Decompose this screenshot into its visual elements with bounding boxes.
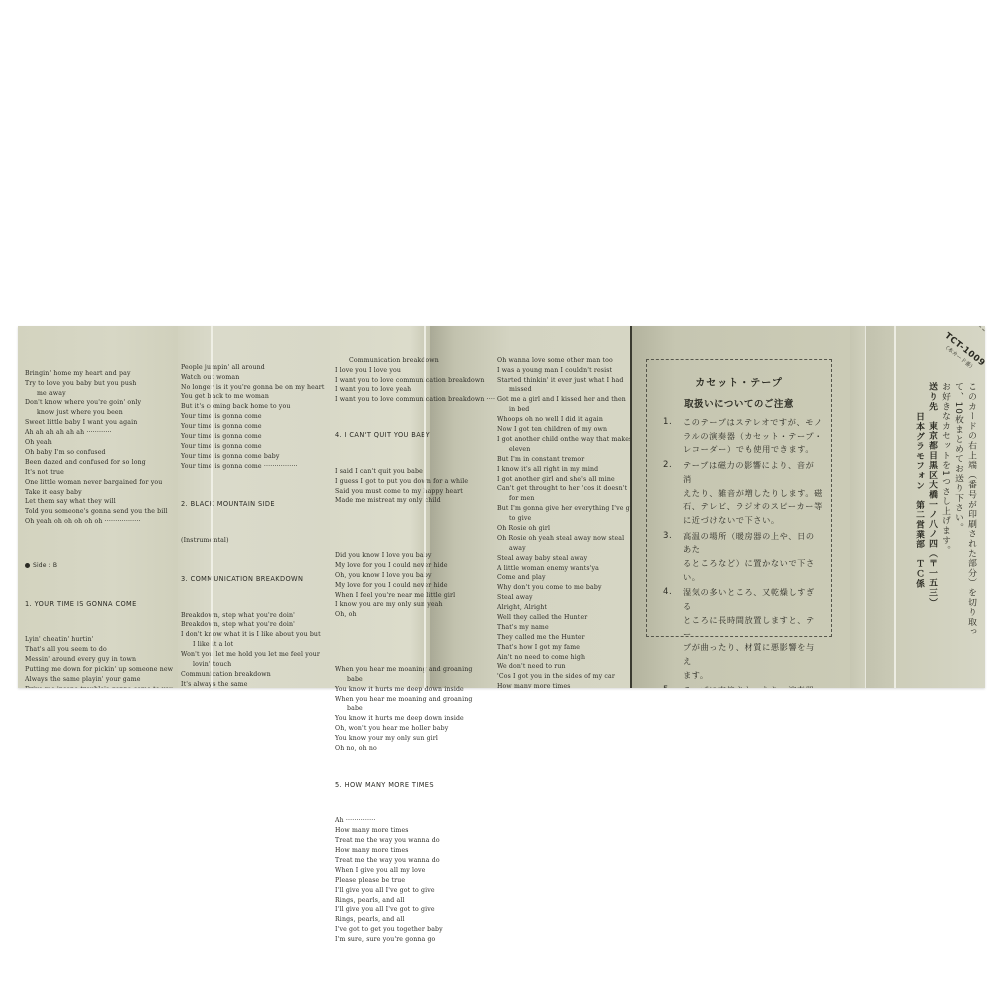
- mail-in-line: て、10枚まとめてお送り下さい。: [951, 382, 964, 672]
- lyrics-block: Ah ··············How many more timesTrea…: [335, 816, 430, 945]
- lyric-line: Communication breakdown: [335, 356, 430, 366]
- lyric-line: I said I can't quit you babe: [335, 467, 430, 477]
- lyric-line: I love you I love you: [335, 366, 430, 376]
- cut-line: [954, 326, 985, 335]
- lyric-line: Oh Rosie oh yeah steal away now steal: [497, 534, 632, 544]
- lyric-line: babe: [335, 675, 430, 685]
- lyric-line: Won't you let me hold you let me feel yo…: [181, 650, 330, 660]
- lyric-line: When I give you all my love: [335, 866, 430, 876]
- lyric-line: Said you must come to my happy heart: [335, 487, 430, 497]
- lyric-line: Always the same playin' your game: [25, 675, 178, 685]
- mail-in-line: 送り先 東京都目黒区大橋一ノ八ノ四（〒一五三）: [925, 382, 938, 672]
- lyric-line: I'll give you all I've got to give: [335, 886, 430, 896]
- lyric-line: But I'm gonna give her everything I've g…: [497, 504, 632, 514]
- lyric-line: Rings, pearls, and all: [335, 896, 430, 906]
- lyric-line: Sweet little baby I want you again: [25, 418, 178, 428]
- lyric-line: Whoops oh no well I did it again: [497, 415, 632, 425]
- spine-fold-strip: [850, 326, 865, 688]
- lyric-line: Oh yeah oh oh oh oh oh ·················: [25, 517, 178, 527]
- caution-item-line: レコーダー）でも使用できます。: [683, 443, 823, 457]
- lyric-line: Oh no, oh no: [335, 744, 430, 754]
- caution-item: 2.テープは磁力の影響により、音が消えたり、雑音が増したりします。磁石、テレビ、…: [647, 459, 831, 528]
- lyrics-block: People jumpin' all aroundWatch out woman…: [181, 363, 330, 472]
- mail-in-instructions: このカードの右上端（番号が印刷された部分）を切り取って、10枚まとめてお送り下さ…: [912, 382, 977, 672]
- lyric-line: 'Cos I got you in the sides of my car: [497, 672, 632, 682]
- mail-in-line: このカードの右上端（番号が印刷された部分）を切り取っ: [964, 382, 977, 672]
- lyric-line: Breakdown, step what you're doin': [181, 611, 330, 621]
- lyric-line: to give: [497, 514, 632, 524]
- lyrics-block: Communication breakdownI love you I love…: [335, 356, 430, 405]
- lyric-line: One little woman never bargained for you: [25, 478, 178, 488]
- lyric-line: Putting me down for pickin' up someone n…: [25, 665, 178, 675]
- lyric-line: Did you know I love you baby: [335, 551, 430, 561]
- lyric-line: That's my name: [497, 623, 632, 633]
- song-title: 4. I CAN'T QUIT YOU BABY: [335, 431, 430, 441]
- fold-crease: [630, 326, 632, 688]
- lyric-line: Come and play: [497, 573, 632, 583]
- lyric-line: Your time is gonna come ················: [181, 462, 330, 472]
- lyrics-panel-2: People jumpin' all aroundWatch out woman…: [178, 326, 330, 688]
- caution-item-number: 4.: [663, 586, 672, 600]
- lyric-line: My love for you I could never hide: [335, 581, 430, 591]
- lyric-line: I want you to love communication breakdo…: [335, 395, 430, 405]
- lyrics-block: Breakdown, step what you're doin'Breakdo…: [181, 611, 330, 688]
- mail-in-panel: TCT-1009 （本カード番） このカードの右上端（番号が印刷された部分）を切…: [895, 326, 985, 688]
- lyric-line: Steal away: [497, 593, 632, 603]
- lyric-line: Ah ah ah ah ah ah ············: [25, 428, 178, 438]
- catalog-number-tab: TCT-1009 （本カード番）: [938, 331, 985, 375]
- lyric-line: Watch out woman: [181, 373, 330, 383]
- lyric-line: That's all you seem to do: [25, 645, 178, 655]
- bullet-icon: [25, 563, 30, 568]
- lyric-line: When you hear me moaning and groaning: [335, 665, 430, 675]
- lyrics-panel-1: Bringin' home my heart and payTry to lov…: [18, 326, 178, 688]
- lyric-line: Oh wanna love some other man too: [497, 356, 632, 366]
- lyric-line: Your time is gonna come: [181, 442, 330, 452]
- lyric-line: eleven: [497, 445, 632, 455]
- lyric-line: Started thinkin' it ever just what I had: [497, 376, 632, 386]
- song-title: 2. BLACK MOUNTAIN SIDE: [181, 500, 330, 510]
- lyric-line: I like it a lot: [181, 640, 330, 650]
- lyric-line: It's always the same: [181, 680, 330, 688]
- lyric-line: Got me a girl and I kissed her and then: [497, 395, 632, 405]
- lyric-line: Communication breakdown: [181, 670, 330, 680]
- lyric-line: in bed: [497, 405, 632, 415]
- lyric-line: I've got to get you together baby: [335, 925, 430, 935]
- lyrics-block: Bringin' home my heart and payTry to lov…: [25, 369, 178, 527]
- lyric-line: People jumpin' all around: [181, 363, 330, 373]
- lyric-line: But I'm in constant tremor: [497, 455, 632, 465]
- lyric-line: me away: [25, 389, 178, 399]
- lyric-line: When I feel you're near me little girl: [335, 591, 430, 601]
- lyric-line: Now I got ten children of my own: [497, 425, 632, 435]
- lyric-line: You get back to me woman: [181, 392, 330, 402]
- lyric-line: How many more times: [335, 826, 430, 836]
- caution-item-line: このテープはステレオですが、モノ: [683, 416, 823, 430]
- song-title: 5. HOW MANY MORE TIMES: [335, 781, 430, 791]
- lyric-line: babe: [335, 704, 430, 714]
- lyric-line: Been dazed and confused for so long: [25, 458, 178, 468]
- lyric-line: Lyin' cheatin' hurtin': [25, 635, 178, 645]
- lyric-line: How many more times: [335, 846, 430, 856]
- lyric-line: I guess I got to put you down for a whil…: [335, 477, 430, 487]
- lyric-line: Can't get throught to her 'cos it doesn'…: [497, 484, 632, 494]
- caution-item: 5.テープに直接さわったり、演奏器にホコリが付いたりすると、再生器に悪影響を与え…: [647, 684, 831, 688]
- caution-title: カセット・テープ: [647, 374, 831, 389]
- lyric-line: I don't know what it is I like about you…: [181, 630, 330, 640]
- fold-crease: [424, 326, 426, 688]
- lyric-line: They called me the Hunter: [497, 633, 632, 643]
- lyric-line: Drive me insane trouble's gonna come to …: [25, 685, 178, 688]
- lyric-line: You know your my only sun girl: [335, 734, 430, 744]
- lyric-line: Alright, Alright: [497, 603, 632, 613]
- lyric-line: Try to love you baby but you push: [25, 379, 178, 389]
- lyric-line: Please please be true: [335, 876, 430, 886]
- lyrics-block: Lyin' cheatin' hurtin'That's all you see…: [25, 635, 178, 688]
- lyrics-panel-3: Communication breakdownI love you I love…: [330, 326, 430, 688]
- caution-item: 4.湿気の多いところ、又乾燥しすぎるところに長時間放置しますと、テープが曲ったり…: [647, 586, 831, 682]
- lyric-line: Oh Rosie oh girl: [497, 524, 632, 534]
- caution-item-line: テープは磁力の影響により、音が消: [683, 459, 823, 486]
- lyric-line: Bringin' home my heart and pay: [25, 369, 178, 379]
- lyric-line: Take it easy baby: [25, 488, 178, 498]
- lyric-line: for men: [497, 494, 632, 504]
- caution-subtitle: 取扱いについてのご注意: [647, 396, 831, 410]
- lyric-line: Don't know where you're goin' only: [25, 398, 178, 408]
- caution-item: 3.高温の場所（暖房器の上や、日のあたるところなど）に置かないで下さい。: [647, 530, 831, 585]
- lyric-line: I'm sure, sure you're gonna go: [335, 935, 430, 945]
- lyric-line: Oh, won't you hear me holler baby: [335, 724, 430, 734]
- lyric-line: When you hear me moaning and groaning: [335, 695, 430, 705]
- lyrics-block: I said I can't quit you babeI guess I go…: [335, 467, 430, 507]
- lyric-line: I'll give you all I've got to give: [335, 905, 430, 915]
- lyrics-block: When you hear me moaning and groaningbab…: [335, 665, 430, 754]
- lyric-line: Oh baby I'm so confused: [25, 448, 178, 458]
- lyric-line: Your time is gonna come baby: [181, 452, 330, 462]
- lyric-line: I got another girl and she's all mine: [497, 475, 632, 485]
- caution-item-line: ところに長時間放置しますと、テー: [683, 614, 823, 641]
- lyric-line: How many more times: [497, 682, 632, 688]
- caution-item: 1.このテープはステレオですが、モノラルの演奏器（カセット・テープ・レコーダー）…: [647, 416, 831, 457]
- caution-item-line: ラルの演奏器（カセット・テープ・: [683, 430, 823, 444]
- lyric-line: missed: [497, 385, 632, 395]
- lyric-line: I was a young man I couldn't resist: [497, 366, 632, 376]
- lyric-line: lovin' touch: [181, 660, 330, 670]
- lyric-line: I want you to love communication breakdo…: [335, 376, 430, 386]
- lyric-line: Treat me the way you wanna do: [335, 836, 430, 846]
- lyric-line: Rings, pearls, and all: [335, 915, 430, 925]
- instrumental-note: (Instrumental): [181, 536, 330, 546]
- lyric-line: Made me mistreat my only child: [335, 496, 430, 506]
- caution-list: 1.このテープはステレオですが、モノラルの演奏器（カセット・テープ・レコーダー）…: [647, 416, 831, 688]
- fold-crease: [865, 326, 866, 688]
- lyric-line: Your time is gonna come: [181, 432, 330, 442]
- lyric-line: That's how I got my fame: [497, 643, 632, 653]
- lyric-line: You know it hurts me deep down inside: [335, 714, 430, 724]
- caution-item-number: 2.: [663, 459, 672, 473]
- caution-box: カセット・テープ 取扱いについてのご注意 1.このテープはステレオですが、モノラ…: [646, 359, 832, 637]
- lyric-line: know just where you been: [25, 408, 178, 418]
- caution-item-line: 石、テレビ、ラジオのスピーカー等: [683, 500, 823, 514]
- lyric-line: Treat me the way you wanna do: [335, 856, 430, 866]
- lyric-line: No longer is it you're gonna be on my he…: [181, 383, 330, 393]
- caution-item-line: えたり、雑音が増したりします。磁: [683, 487, 823, 501]
- lyric-line: Oh yeah: [25, 438, 178, 448]
- lyrics-block: Oh wanna love some other man tooI was a …: [433, 356, 632, 688]
- lyric-line: My love for you I could never hide: [335, 561, 430, 571]
- caution-item-number: 5.: [663, 684, 672, 688]
- lyric-line: Told you someone's gonna send you the bi…: [25, 507, 178, 517]
- lyric-line: I got another child onthe way that makes: [497, 435, 632, 445]
- lyric-line: But it's coming back home to you: [181, 402, 330, 412]
- lyric-line: You know it hurts me deep down inside: [335, 685, 430, 695]
- caution-item-line: テープに直接さわったり、演奏器に: [683, 684, 823, 688]
- mail-in-line: お好きなカセットを1つさし上げます。: [938, 382, 951, 672]
- lyric-line: Why don't you come to me baby: [497, 583, 632, 593]
- mail-in-line: 日本グラモフォン 第二営業部 ＴＣ係: [912, 382, 925, 672]
- lyric-line: Let them say what they will: [25, 497, 178, 507]
- lyric-line: Well they called the Hunter: [497, 613, 632, 623]
- song-title: 1. YOUR TIME IS GONNA COME: [25, 600, 178, 610]
- lyric-line: We don't need to run: [497, 662, 632, 672]
- lyric-line: I know you are my only sun yeah: [335, 600, 430, 610]
- lyric-line: Breakdown, step what you're doin': [181, 620, 330, 630]
- lyric-line: I want you to love yeah: [335, 385, 430, 395]
- spine-fold-strip: [865, 326, 895, 688]
- lyric-line: Your time is gonna come: [181, 412, 330, 422]
- lyric-line: Ah ··············: [335, 816, 430, 826]
- caution-item-number: 1.: [663, 416, 672, 430]
- lyric-line: A little woman enemy wants'ya: [497, 564, 632, 574]
- lyric-line: Ain't no need to come high: [497, 653, 632, 663]
- caution-item-line: プが曲ったり、材質に悪影響を与え: [683, 641, 823, 668]
- side-b-label: Side : B: [25, 561, 178, 571]
- caution-item-line: 湿気の多いところ、又乾燥しすぎる: [683, 586, 823, 613]
- lyric-line: Messin' around every guy in town: [25, 655, 178, 665]
- caution-item-line: るところなど）に置かないで下さい。: [683, 557, 823, 584]
- lyric-line: Oh, you know I love you baby: [335, 571, 430, 581]
- fold-crease: [894, 326, 896, 688]
- lyric-line: I know it's all right in my mind: [497, 465, 632, 475]
- caution-panel: カセット・テープ 取扱いについてのご注意 1.このテープはステレオですが、モノラ…: [632, 326, 850, 688]
- caution-item-line: に近づけないで下さい。: [683, 514, 823, 528]
- cassette-insert: Bringin' home my heart and payTry to lov…: [18, 326, 985, 688]
- lyrics-block: Did you know I love you babyMy love for …: [335, 551, 430, 620]
- caution-item-line: ます。: [683, 669, 823, 683]
- caution-item-line: 高温の場所（暖房器の上や、日のあた: [683, 530, 823, 557]
- caution-item-number: 3.: [663, 530, 672, 544]
- lyric-line: Steal away baby steal away: [497, 554, 632, 564]
- lyric-line: It's not true: [25, 468, 178, 478]
- lyric-line: away: [497, 544, 632, 554]
- lyric-line: Your time is gonna come: [181, 422, 330, 432]
- fold-crease: [211, 326, 213, 688]
- song-title: 3. COMMUNICATION BREAKDOWN: [181, 575, 330, 585]
- lyric-line: Oh, oh: [335, 610, 430, 620]
